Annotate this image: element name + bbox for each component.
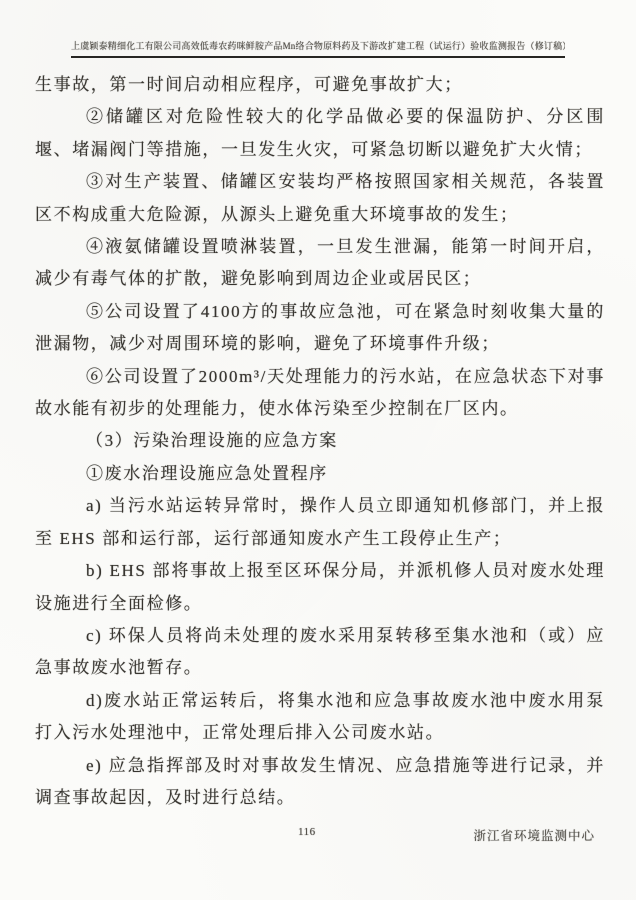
document-body: 生事故，第一时间启动相应程序，可避免事故扩大； ②储罐区对危险性较大的化学品做必… xyxy=(35,69,605,814)
body-paragraph: c) 环保人员将尚未处理的废水采用泵转移至集水池和（或）应急事故废水池暂存。 xyxy=(35,620,605,685)
body-paragraph: 生事故，第一时间启动相应程序，可避免事故扩大； xyxy=(35,69,605,101)
body-paragraph: ⑥公司设置了2000m³/天处理能力的污水站，在应急状态下对事故水能有初步的处理… xyxy=(35,361,605,426)
section-heading: （3）污染治理设施的应急方案 xyxy=(35,425,605,457)
body-paragraph: ⑤公司设置了4100方的事故应急池，可在紧急时刻收集大量的泄漏物，减少对周围环境… xyxy=(35,296,605,361)
subsection-heading: ①废水治理设施应急处置程序 xyxy=(35,458,605,490)
document-page: 上虞颖泰精细化工有限公司高效低毒农药咪鲜胺产品Mn络合物原料药及下游改扩建工程（… xyxy=(0,0,636,900)
body-paragraph: ③对生产装置、储罐区安装均严格按照国家相关规范，各装置区不构成重大危险源，从源头… xyxy=(35,166,605,231)
body-paragraph: d)废水站正常运转后，将集水池和应急事故废水池中废水用泵打入污水处理池中，正常处… xyxy=(35,685,605,750)
header-running-title: 上虞颖泰精细化工有限公司高效低毒农药咪鲜胺产品Mn络合物原料药及下游改扩建工程（… xyxy=(71,40,565,53)
body-paragraph: b) EHS 部将事故上报至区环保分局，并派机修人员对废水处理设施进行全面检修。 xyxy=(35,555,605,620)
page-number: 116 xyxy=(298,826,316,838)
page-footer: 116 浙江省环境监测中心 xyxy=(35,826,601,846)
body-paragraph: a) 当污水站运转异常时，操作人员立即通知机修部门，并上报至 EHS 部和运行部… xyxy=(35,490,605,555)
body-paragraph: e) 应急指挥部及时对事故发生情况、应急措施等进行记录，并调查事故起因，及时进行… xyxy=(35,750,605,815)
body-paragraph: ②储罐区对危险性较大的化学品做必要的保温防护、分区围堰、堵漏阀门等措施，一旦发生… xyxy=(35,101,605,166)
footer-organization: 浙江省环境监测中心 xyxy=(473,826,595,844)
page-header: 上虞颖泰精细化工有限公司高效低毒农药咪鲜胺产品Mn络合物原料药及下游改扩建工程（… xyxy=(71,40,565,58)
body-paragraph: ④液氨储罐设置喷淋装置，一旦发生泄漏，能第一时间开启，减少有毒气体的扩散，避免影… xyxy=(35,231,605,296)
